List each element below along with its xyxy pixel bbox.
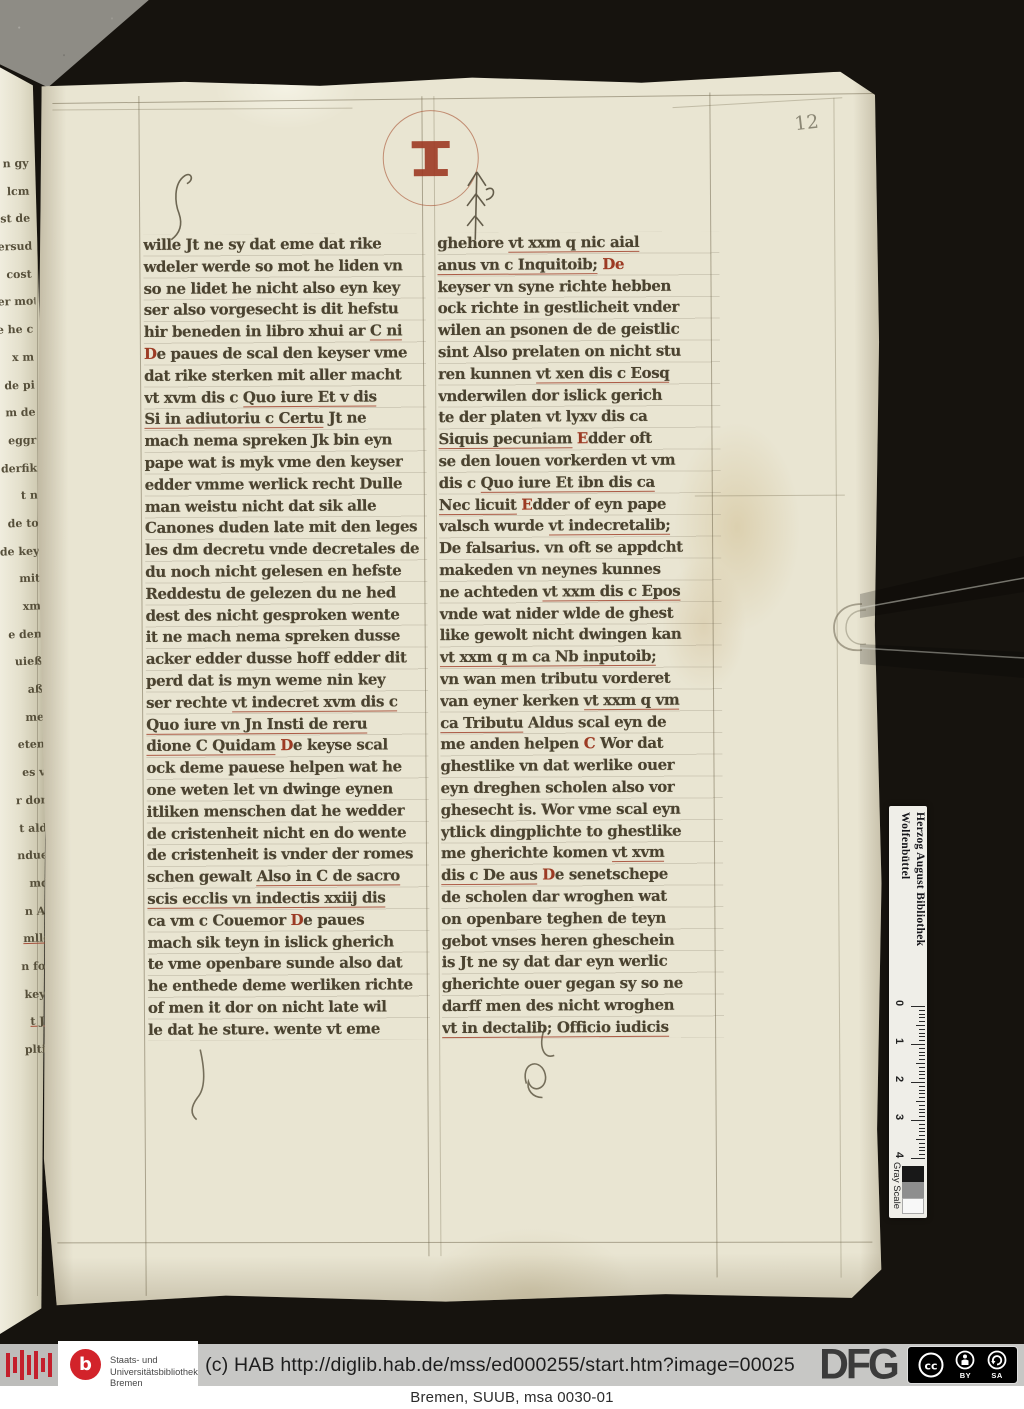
ruler-tick bbox=[919, 1010, 925, 1011]
ink-text: les dm decretu vnde decretales de bbox=[145, 539, 419, 559]
margin-fragment: t ald bbox=[6, 814, 51, 843]
manuscript-text-line: ock deme pauese helpen wat he bbox=[146, 756, 428, 780]
ruler-tick bbox=[919, 1071, 925, 1072]
ruler-tick bbox=[919, 1143, 925, 1144]
manuscript-text-line: du noch nicht gelesen en hefste bbox=[145, 560, 427, 584]
manuscript-text-line: ghesecht is. Wor vme scal eyn bbox=[441, 798, 723, 822]
logo-bar bbox=[20, 1350, 24, 1380]
manuscript-text-line: de cristenheit nicht en do wente bbox=[147, 822, 429, 846]
ruler-tick bbox=[919, 1029, 925, 1030]
rubric-text: D bbox=[280, 736, 293, 754]
ruler-tick bbox=[911, 1044, 925, 1045]
ruler-tick bbox=[919, 1036, 925, 1037]
margin-fragment: de to bbox=[0, 509, 42, 538]
manuscript-text-line: so ne lidet he nicht also eyn key bbox=[143, 277, 425, 301]
ink-text: e keyse scal bbox=[293, 736, 388, 755]
margin-fragment: x m bbox=[0, 343, 37, 372]
margin-fragment: e den bbox=[0, 620, 45, 649]
rubric-text: C bbox=[584, 734, 596, 752]
ruler-tick bbox=[916, 1101, 925, 1102]
ink-text: van eyner kerken bbox=[440, 691, 584, 710]
rubric-text: De bbox=[602, 255, 624, 273]
book-cover-fabric bbox=[0, 0, 160, 92]
ruler-tick bbox=[919, 1147, 925, 1148]
red-underlined-citation: anus vn c Inquitoib; bbox=[437, 255, 597, 275]
ink-text: schen gewalt bbox=[147, 867, 257, 886]
ink-text: dest des nicht gesproken wente bbox=[145, 605, 399, 625]
red-underlined-citation: ca Tributu bbox=[440, 713, 523, 733]
red-underlined-citation: Si in adiutoriu c Certu bbox=[144, 409, 324, 429]
red-underlined-citation: vt xen dis c Eosq bbox=[536, 363, 669, 383]
cc-license-badge: cc BY SA bbox=[907, 1346, 1018, 1384]
manuscript-text-line: ghestlike vn dat werlike ouer bbox=[440, 755, 722, 779]
ink-text: gherichte ouer gegan sy so ne bbox=[442, 974, 683, 993]
ink-text: De falsarius. vn oft se appdcht bbox=[439, 538, 683, 557]
manuscript-text-line: me anden helpen C Wor dat bbox=[440, 733, 722, 757]
red-underlined-citation: scis ecclis vn indectis xxiij dis bbox=[147, 888, 385, 908]
margin-fragment: t n bbox=[0, 482, 41, 511]
red-underlined-citation: vt in dectalib; Officio iudicis bbox=[442, 1017, 669, 1037]
ruler-tick bbox=[919, 1048, 925, 1049]
dfg-logo: DFG bbox=[808, 1339, 908, 1389]
ink-text: eyn dreghen scholen also vor bbox=[441, 778, 675, 797]
ruler-tick bbox=[919, 1078, 925, 1079]
margin-fragment: n gy bbox=[0, 150, 32, 179]
pencil-folio-number: 12 bbox=[793, 111, 819, 136]
ink-text: perd dat is myn weme nin key bbox=[146, 670, 385, 689]
ink-text: dis c bbox=[439, 474, 481, 492]
ruler-library-label: Herzog August Bibliothek Wolfenbüttel bbox=[889, 812, 927, 1002]
manuscript-text-line: sint Also prelaten on nicht stu bbox=[438, 340, 720, 364]
manuscript-text-line: vt in dectalib; Officio iudicis bbox=[442, 1016, 724, 1040]
margin-fragment: derfik bbox=[0, 454, 40, 483]
logo-bar bbox=[6, 1353, 10, 1377]
logo-bar bbox=[41, 1358, 45, 1372]
suub-barcode-logo-icon bbox=[0, 1344, 58, 1386]
ruler-tick-number: 2 bbox=[893, 1076, 905, 1082]
ruler-tick bbox=[919, 1090, 925, 1091]
manuscript-text-line: keyser vn syne richte hebben bbox=[437, 275, 719, 299]
manuscript-text-line: eyn dreghen scholen also vor bbox=[441, 776, 723, 800]
copyright-url-text: (c) HAB http://diglib.hab.de/mss/ed00025… bbox=[200, 1344, 800, 1386]
manuscript-text-line: ser rechte vt indecret xvm dis c bbox=[146, 691, 428, 715]
ruler-tick bbox=[919, 1154, 925, 1155]
ink-text: valsch wurde bbox=[439, 517, 549, 536]
ink-text: de cristenheit is vnder der romes bbox=[147, 845, 413, 865]
ink-text: hir beneden in libro xhui ar bbox=[144, 322, 370, 341]
ink-text: wille Jt ne sy dat eme dat rike bbox=[143, 234, 381, 253]
margin-fragment: xm bbox=[0, 592, 44, 621]
ink-text: dat rike sterken mit aller macht bbox=[144, 365, 401, 385]
manuscript-text-line: Siquis pecuniam Edder oft bbox=[438, 428, 720, 452]
ink-text: Wor dat bbox=[595, 734, 663, 752]
manuscript-text-line: wilen an psonen de de geistlic bbox=[438, 319, 720, 343]
ink-text: so ne lidet he nicht also eyn key bbox=[143, 278, 399, 298]
logo-bar bbox=[27, 1355, 31, 1375]
manuscript-text-line: de cristenheit is vnder der romes bbox=[147, 843, 429, 867]
ruler-tick bbox=[919, 1017, 925, 1018]
rubric-text: E bbox=[521, 495, 532, 513]
gray-scale-square bbox=[902, 1198, 924, 1214]
ink-text: du noch nicht gelesen en hefste bbox=[145, 561, 401, 581]
manuscript-text-line: ser also vorgesecht is dit hefstu bbox=[144, 299, 426, 323]
ruler-tick bbox=[919, 1105, 925, 1106]
manuscript-text-line: dest des nicht gesproken wente bbox=[145, 604, 427, 628]
ruler-tick bbox=[919, 1086, 925, 1087]
ink-text: ca vm c Couemor bbox=[147, 911, 290, 930]
ink-text: se den louen vorkerden vt vm bbox=[439, 451, 676, 470]
footer-bar: b Staats- und Universitätsbibliothek Bre… bbox=[0, 1344, 1024, 1386]
manuscript-text-line: gebot vnses heren gheschein bbox=[441, 929, 723, 953]
red-underlined-citation: vt xvm bbox=[612, 843, 664, 862]
manuscript-text-line: one weten let vn dwinge eynen bbox=[147, 778, 429, 802]
ruler-tick bbox=[911, 1120, 925, 1121]
ink-text: keyser vn syne richte hebben bbox=[437, 276, 671, 295]
ink-text: te der platen vt lyxv dis ca bbox=[438, 407, 647, 426]
ruler-tick-number: 1 bbox=[893, 1038, 905, 1044]
ink-text: e paues de scal den keyser vme bbox=[157, 343, 408, 363]
margin-fragment: ser mot bbox=[0, 288, 36, 317]
ink-text: ock deme pauese helpen wat he bbox=[146, 757, 401, 777]
ink-text: ren kunnen bbox=[438, 364, 536, 383]
ruler-tick-number: 0 bbox=[893, 1000, 905, 1006]
red-underlined-citation: vt indecret xvm dis c bbox=[232, 692, 398, 712]
manuscript-text-line: vnderwilen dor islick gerich bbox=[438, 384, 720, 408]
ink-text: ghestlike vn dat werlike ouer bbox=[440, 756, 674, 775]
ink-text: is Jt ne sy dat dar eyn werlic bbox=[442, 952, 668, 971]
manuscript-text-line: it ne mach nema spreken dusse bbox=[146, 626, 428, 650]
frame-line-outer-margin bbox=[833, 98, 841, 1278]
manuscript-text-line: dis c Quo iure Et ibn dis ca bbox=[439, 471, 721, 495]
manuscript-text-line: scis ecclis vn indectis xxiij dis bbox=[147, 887, 429, 911]
footer-white-strip: Bremen, SUUB, msa 0030-01 bbox=[0, 1386, 1024, 1409]
ink-text: Aldus scal eyn de bbox=[523, 712, 666, 731]
manuscript-text-line: valsch wurde vt indecretalib; bbox=[439, 515, 721, 539]
manuscript-text-line: acker edder dusse hoff edder dit bbox=[146, 647, 428, 671]
manuscript-text-line: te der platen vt lyxv dis ca bbox=[438, 406, 720, 430]
manuscript-text-line: ren kunnen vt xen dis c Eosq bbox=[438, 362, 720, 386]
ruler-tick bbox=[916, 1063, 925, 1064]
ink-text: e senetschepe bbox=[555, 865, 668, 884]
rubric-text: D bbox=[542, 866, 555, 884]
manuscript-text-line: mach nema spreken Jk bin eyn bbox=[144, 429, 426, 453]
ruler-tick bbox=[911, 1158, 925, 1159]
manuscript-text-line: ghehore vt xxm q nic aial bbox=[437, 231, 719, 255]
ink-text: de scholen dar wroghen wat bbox=[441, 887, 667, 906]
ink-text: gebot vnses heren gheschein bbox=[441, 930, 674, 949]
ruler-tick bbox=[919, 1150, 925, 1151]
manuscript-text-line: hir beneden in libro xhui ar C ni bbox=[144, 320, 426, 344]
frame-line-top-2 bbox=[52, 108, 352, 111]
margin-fragment: eten bbox=[3, 731, 48, 760]
ink-text: ytlick dingplichte to ghestlike bbox=[441, 821, 681, 840]
logo-bar bbox=[13, 1357, 17, 1373]
ink-text: mach sik teyn in islick gherich bbox=[147, 932, 393, 952]
red-underlined-citation: Siquis pecuniam bbox=[438, 429, 572, 449]
ruler-tick bbox=[911, 1006, 925, 1007]
manuscript-text-line: van eyner kerken vt xxm q vm bbox=[440, 689, 722, 713]
ink-text: ghesecht is. Wor vme scal eyn bbox=[441, 799, 681, 818]
manuscript-text-line: darff men des nicht wroghen bbox=[442, 994, 724, 1018]
margin-fragment: persud bbox=[0, 233, 34, 262]
ink-text: Jt ne bbox=[324, 409, 367, 427]
manuscript-text-line: edder vmme werlick recht Dulle bbox=[145, 473, 427, 497]
ink-text: vnderwilen dor islick gerich bbox=[438, 385, 662, 404]
ink-text: wdeler werde so mot he liden vn bbox=[143, 256, 402, 276]
red-underlined-citation: Nec licuit bbox=[439, 495, 517, 514]
manuscript-text-line: ne achteden vt xxm dis c Epos bbox=[439, 580, 721, 604]
manuscript-text-line: De falsarius. vn oft se appdcht bbox=[439, 537, 721, 561]
rubric-text: D bbox=[144, 345, 157, 363]
ink-text: ser also vorgesecht is dit hefstu bbox=[144, 300, 399, 320]
manuscript-text-line: wdeler werde so mot he liden vn bbox=[143, 255, 425, 279]
manuscript-text-line: les dm decretu vnde decretales de bbox=[145, 538, 427, 562]
red-underlined-citation: dis c De aus bbox=[441, 866, 537, 886]
red-underlined-citation: C ni bbox=[370, 322, 402, 341]
cc-icon: cc bbox=[918, 1352, 944, 1378]
manuscript-text-line: le dat he sture. wente vt eme bbox=[148, 1018, 430, 1042]
ink-text: Reddestu de gelezen du ne hed bbox=[145, 583, 395, 603]
manuscript-text-line: vt xvm dis c Quo iure Et v dis bbox=[144, 386, 426, 410]
manuscript-text-line: vt xxm q m ca Nb inputoib; bbox=[440, 646, 722, 670]
manuscript-text-line: ca vm c Couemor De paues bbox=[147, 909, 429, 933]
manuscript-text-line: Reddestu de gelezen du ne hed bbox=[145, 582, 427, 606]
manuscript-text-line: dat rike sterken mit aller macht bbox=[144, 364, 426, 388]
ink-text: he enthede deme werliken richte bbox=[148, 975, 413, 995]
ruler-tick bbox=[919, 1067, 925, 1068]
logo-bar bbox=[34, 1351, 38, 1379]
ruler-tick bbox=[919, 1052, 925, 1053]
ink-text: Canones duden late mit den leges bbox=[145, 518, 417, 538]
gray-scale-square bbox=[902, 1166, 924, 1182]
manuscript-text-line: se den louen vorkerden vt vm bbox=[439, 449, 721, 473]
ruler-tick-numbers: 01234 bbox=[893, 1002, 905, 1162]
manuscript-text-line: Quo iure vn Jn Insti de reru bbox=[146, 713, 428, 737]
margin-fragment: uieß bbox=[1, 648, 46, 677]
manuscript-text-line: te vme openbare sunde also dat bbox=[148, 952, 430, 976]
manuscript-text-line: he enthede deme werliken richte bbox=[148, 974, 430, 998]
cc-sa-icon: SA bbox=[987, 1350, 1007, 1380]
ink-text: one weten let vn dwinge eynen bbox=[147, 779, 393, 799]
right-text-column: ghehore vt xxm q nic aialanus vn c Inqui… bbox=[437, 231, 724, 1039]
manuscript-text-line: perd dat is myn weme nin key bbox=[146, 669, 428, 693]
red-underlined-citation: vt xxm q m ca Nb inputoib; bbox=[440, 647, 657, 667]
ruler-tick bbox=[919, 1074, 925, 1075]
ink-text: vnde wat nider wlde de ghest bbox=[439, 603, 673, 622]
left-text-column: wille Jt ne sy dat eme dat rikewdeler we… bbox=[143, 233, 430, 1041]
manuscript-text-line: itliken menschen dat he wedder bbox=[147, 800, 429, 824]
manuscript-text-line: me gherichte komen vt xvm bbox=[441, 842, 723, 866]
ink-text: de cristenheit nicht en do wente bbox=[147, 823, 406, 843]
suub-library-name: Staats- und Universitätsbibliothek Breme… bbox=[110, 1355, 198, 1390]
red-underlined-citation: Also in C de sacro bbox=[257, 866, 400, 886]
shelfmark-text: Bremen, SUUB, msa 0030-01 bbox=[410, 1389, 613, 1406]
red-underlined-citation: Quo iure vn Jn Insti de reru bbox=[146, 714, 367, 734]
ink-text: acker edder dusse hoff edder dit bbox=[146, 648, 407, 668]
ink-text: e paues bbox=[303, 910, 364, 928]
manuscript-text-line: ytlick dingplichte to ghestlike bbox=[441, 820, 723, 844]
plexiglass-clip bbox=[812, 552, 1024, 682]
margin-fragment: es v bbox=[4, 758, 49, 787]
ruler-tick bbox=[919, 1116, 925, 1117]
margin-fragment: cost bbox=[0, 260, 35, 289]
ruler-tick bbox=[919, 1097, 925, 1098]
manuscript-text-line: de scholen dar wroghen wat bbox=[441, 885, 723, 909]
ruler-tick bbox=[919, 1021, 925, 1022]
frame-line-bottom bbox=[57, 1242, 872, 1244]
ruler-tick-number: 4 bbox=[893, 1152, 905, 1158]
manuscript-scan: n gylcmest depersudcostser mote he cx md… bbox=[0, 0, 1024, 1409]
gray-scale-squares bbox=[902, 1166, 924, 1214]
manuscript-text-line: ock richte in gestlicheit vnder bbox=[438, 297, 720, 321]
ruler-tick-number: 3 bbox=[893, 1114, 905, 1120]
red-underlined-citation: Quo iure Et v dis bbox=[243, 387, 377, 407]
ruler-tick bbox=[919, 1055, 925, 1056]
flourish-top-left-icon bbox=[161, 172, 203, 244]
margin-fragment: e he c bbox=[0, 316, 37, 345]
ruler-tick bbox=[919, 1033, 925, 1034]
manuscript-text-line: Nec licuit Edder of eyn pape bbox=[439, 493, 721, 517]
margin-fragment: mit bbox=[0, 565, 44, 594]
ink-text: makeden vn neynes kunnes bbox=[439, 560, 660, 579]
suub-name-line1: Staats- und bbox=[110, 1355, 198, 1367]
manuscript-text-line: on openbare teghen de teyn bbox=[441, 907, 723, 931]
color-ruler-strip: Herzog August Bibliothek Wolfenbüttel 01… bbox=[889, 806, 927, 1218]
margin-fragment: ndue bbox=[7, 841, 52, 870]
manuscript-text-line: anus vn c Inquitoib; De bbox=[437, 253, 719, 277]
ink-text: edder vmme werlick recht Dulle bbox=[145, 474, 403, 494]
red-underlined-citation: Quo iure Et ibn dis ca bbox=[480, 473, 654, 493]
ruler-tick bbox=[919, 1040, 925, 1041]
ruler-tick bbox=[919, 1093, 925, 1094]
manuscript-text-line: dione C Quidam De keyse scal bbox=[146, 735, 428, 759]
ruler-tick bbox=[919, 1124, 925, 1125]
ink-text: ne achteden bbox=[439, 582, 542, 601]
margin-fragment: eggr bbox=[0, 426, 40, 455]
ruler-tick bbox=[919, 1109, 925, 1110]
ruler-label-line2: Wolfenbüttel bbox=[897, 812, 912, 1002]
ruler-label-line1: Herzog August Bibliothek bbox=[912, 812, 927, 1002]
ink-text: le dat he sture. wente vt eme bbox=[148, 1019, 380, 1038]
flourish-bottom-left-icon bbox=[184, 1047, 216, 1121]
ink-text: man weistu nicht dat sik alle bbox=[145, 496, 376, 515]
gray-scale-label: Gray Scale bbox=[891, 1162, 902, 1216]
manuscript-text-line: schen gewalt Also in C de sacro bbox=[147, 865, 429, 889]
ruler-tick bbox=[919, 1135, 925, 1136]
ink-text: me anden helpen bbox=[440, 735, 583, 754]
manuscript-text-line: dis c De aus De senetschepe bbox=[441, 863, 723, 887]
manuscript-text-line: is Jt ne sy dat dar eyn werlic bbox=[442, 951, 724, 975]
logo-bar bbox=[48, 1353, 52, 1377]
ink-text: ock richte in gestlicheit vnder bbox=[438, 298, 679, 317]
gray-scale-square bbox=[902, 1182, 924, 1198]
svg-text:cc: cc bbox=[924, 1360, 937, 1373]
manuscript-text-line: De paues de scal den keyser vme bbox=[144, 342, 426, 366]
manuscript-text-line: makeden vn neynes kunnes bbox=[439, 558, 721, 582]
ink-text: ser rechte bbox=[146, 693, 232, 712]
manuscript-text-line: ca Tributu Aldus scal eyn de bbox=[440, 711, 722, 735]
ink-text: te vme openbare sunde also dat bbox=[148, 954, 403, 974]
manuscript-text-line: man weistu nicht dat sik alle bbox=[145, 495, 427, 519]
ink-text: pape wat is myk vme den keyser bbox=[145, 452, 403, 472]
manuscript-text-line: Canones duden late mit den leges bbox=[145, 517, 427, 541]
ink-text: ghehore bbox=[437, 234, 508, 252]
ink-text: darff men des nicht wroghen bbox=[442, 996, 674, 1015]
margin-fragment: aß bbox=[2, 675, 47, 704]
ink-text: wilen an psonen de de geistlic bbox=[438, 320, 680, 339]
manuscript-text-line: gherichte ouer gegan sy so ne bbox=[442, 972, 724, 996]
manuscript-page: 12 wille Jt ne sy dat eme dat rikewdeler… bbox=[32, 71, 885, 1306]
rubric-text: D bbox=[291, 911, 304, 929]
ruler-tick bbox=[916, 1025, 925, 1026]
frame-line-top-right-slant bbox=[673, 97, 843, 108]
ruler-tick bbox=[919, 1112, 925, 1113]
manuscript-text-line: mach sik teyn in islick gherich bbox=[147, 931, 429, 955]
ruler-tick bbox=[919, 1128, 925, 1129]
manuscript-text-line: vn wan men tributu vorderet bbox=[440, 667, 722, 691]
ink-text: me gherichte komen bbox=[441, 843, 612, 862]
ink-text: on openbare teghen de teyn bbox=[441, 908, 666, 927]
cc-by-icon: BY bbox=[955, 1350, 975, 1380]
red-underlined-citation: dione C Quidam bbox=[146, 736, 275, 756]
margin-fragment: lcm bbox=[0, 177, 33, 206]
ruler-tick bbox=[919, 1131, 925, 1132]
margin-fragment: de key bbox=[0, 537, 43, 566]
rubric-text: E bbox=[577, 429, 588, 447]
manuscript-text-line: pape wat is myk vme den keyser bbox=[145, 451, 427, 475]
manuscript-text-line: Si in adiutoriu c Certu Jt ne bbox=[144, 408, 426, 432]
suub-name-line2: Universitätsbibliothek bbox=[110, 1367, 198, 1379]
suub-b-logo-icon: b bbox=[70, 1349, 101, 1380]
red-underlined-citation: vt xxm q vm bbox=[584, 690, 680, 710]
margin-fragment: de pi bbox=[0, 371, 38, 400]
cc-sa-label: SA bbox=[991, 1371, 1002, 1380]
cc-by-label: BY bbox=[960, 1371, 971, 1380]
ink-text: vt xvm dis c bbox=[144, 388, 243, 407]
margin-fragment: me bbox=[3, 703, 48, 732]
ink-text: like gewolt nicht dwingen kan bbox=[440, 625, 682, 644]
manuscript-text-line: vnde wat nider wlde de ghest bbox=[439, 602, 721, 626]
ruler-tick bbox=[919, 1059, 925, 1060]
manuscript-text-line: wille Jt ne sy dat eme dat rike bbox=[143, 233, 425, 257]
red-underlined-citation: vt indecretalib; bbox=[549, 516, 671, 536]
ink-text: it ne mach nema spreken dusse bbox=[146, 627, 400, 647]
margin-fragment: est de bbox=[0, 205, 34, 234]
ruler-tick bbox=[911, 1082, 925, 1083]
margin-fragment: r dor bbox=[5, 786, 50, 815]
ink-text: itliken menschen dat he wedder bbox=[147, 801, 405, 821]
ink-text: vn wan men tributu vorderet bbox=[440, 669, 670, 688]
manuscript-text-line: of men it dor on nicht late wil bbox=[148, 996, 430, 1020]
ink-text: of men it dor on nicht late wil bbox=[148, 997, 387, 1016]
red-underlined-citation: vt xxm q nic aial bbox=[509, 233, 640, 253]
ruler-tick bbox=[916, 1139, 925, 1140]
ink-text: sint Also prelaten on nicht stu bbox=[438, 342, 681, 361]
ink-text: dder of eyn pape bbox=[532, 494, 666, 513]
ruler-ticks bbox=[909, 1006, 925, 1162]
ink-text: mach nema spreken Jk bin eyn bbox=[144, 431, 392, 451]
manuscript-text-line: like gewolt nicht dwingen kan bbox=[440, 624, 722, 648]
red-underlined-citation: vt xxm dis c Epos bbox=[543, 581, 681, 601]
ruler-tick bbox=[919, 1014, 925, 1015]
margin-fragment: m de bbox=[0, 399, 39, 428]
ink-text: dder oft bbox=[588, 429, 652, 447]
